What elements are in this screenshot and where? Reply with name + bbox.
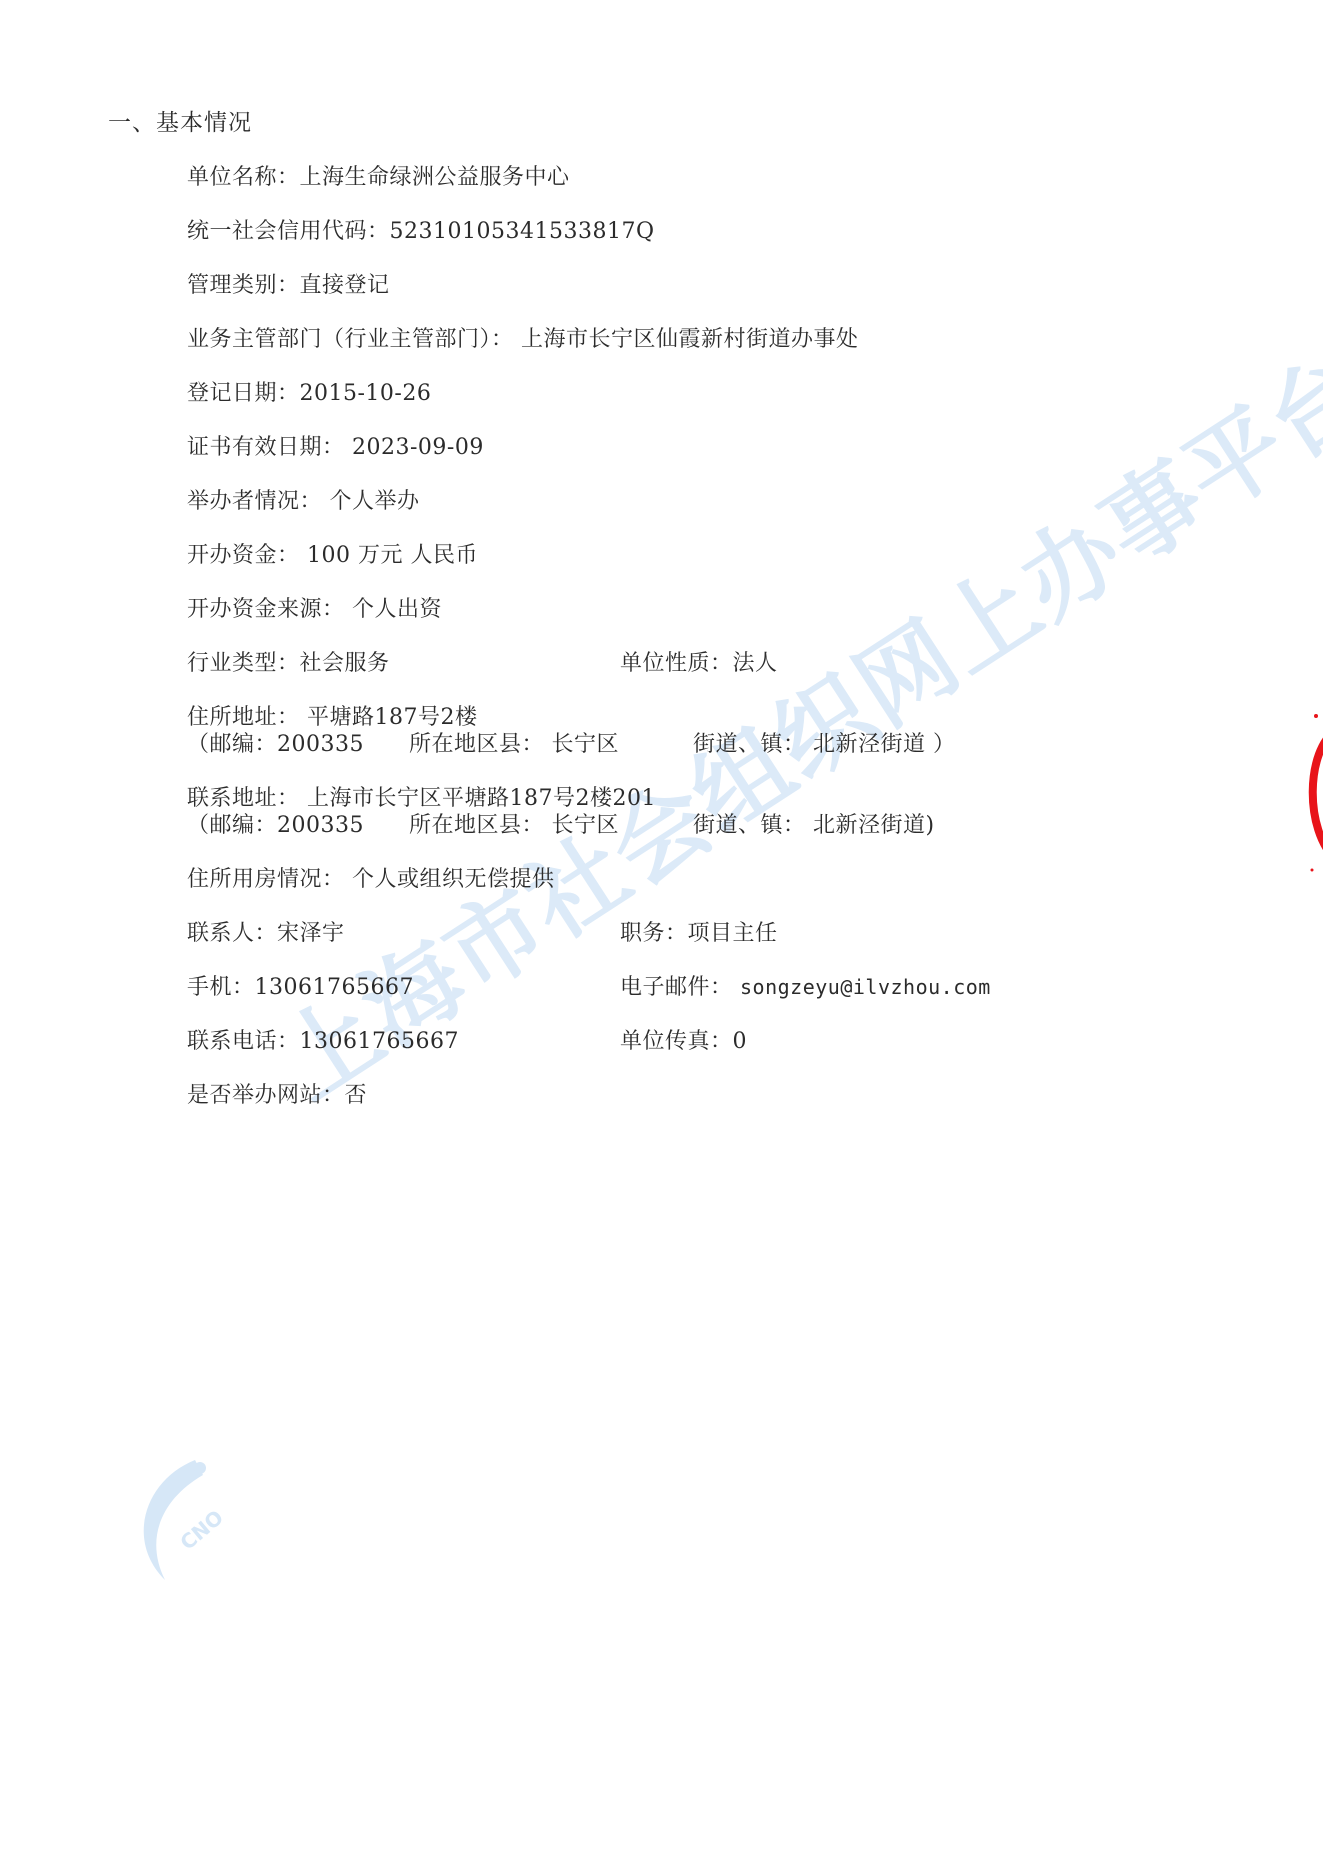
registration-date: 登记日期：2015-10-26 [187, 376, 431, 407]
contact-district: 所在地区县： 长宁区 [409, 808, 619, 839]
organizer-info: 举办者情况： 个人举办 [187, 484, 420, 515]
contact-postcode: （邮编：200335 [187, 808, 364, 839]
contact-street: 街道、镇： 北新泾街道) [693, 808, 935, 839]
unit-name: 单位名称：上海生命绿洲公益服务中心 [187, 160, 570, 191]
residence-address-details: （邮编：200335 所在地区县： 长宁区 街道、镇： 北新泾街道 ） [187, 727, 1087, 757]
residence-district: 所在地区县： 长宁区 [409, 727, 619, 758]
premises-info: 住所用房情况： 个人或组织无偿提供 [187, 862, 555, 893]
supervisor-department: 业务主管部门（行业主管部门）： 上海市长宁区仙霞新村街道办事处 [187, 322, 859, 353]
certificate-valid-date: 证书有效日期： 2023-09-09 [187, 430, 484, 461]
contact-person: 联系人：宋泽宇 [187, 916, 345, 947]
management-type: 管理类别：直接登记 [187, 268, 390, 299]
credit-code: 统一社会信用代码：52310105341533817Q [187, 214, 655, 245]
start-capital: 开办资金： 100 万元 人民币 [187, 538, 478, 569]
fax: 单位传真：0 [620, 1024, 747, 1055]
email: 电子邮件： songzeyu@ilvzhou.com [620, 970, 991, 1001]
email-value: songzeyu@ilvzhou.com [740, 975, 991, 999]
unit-nature: 单位性质：法人 [620, 646, 778, 677]
residence-postcode: （邮编：200335 [187, 727, 364, 758]
contact-address-details: （邮编：200335 所在地区县： 长宁区 街道、镇： 北新泾街道) [187, 808, 1087, 838]
email-label: 电子邮件： [620, 975, 740, 1000]
website-status: 是否举办网站：否 [187, 1078, 367, 1109]
capital-source: 开办资金来源： 个人出资 [187, 592, 442, 623]
industry-type: 行业类型：社会服务 [187, 646, 390, 677]
residence-street: 街道、镇： 北新泾街道 ） [693, 727, 956, 758]
position: 职务：项目主任 [620, 916, 778, 947]
section-heading: 一、基本情况 [108, 104, 252, 137]
document-page: CNO 上海市社会组织网上办事平台 一、基本情况 单位名称：上海生命绿洲公益服务… [0, 0, 1323, 1871]
phone: 联系电话：13061765667 [187, 1024, 459, 1055]
mobile: 手机：13061765667 [187, 970, 414, 1001]
